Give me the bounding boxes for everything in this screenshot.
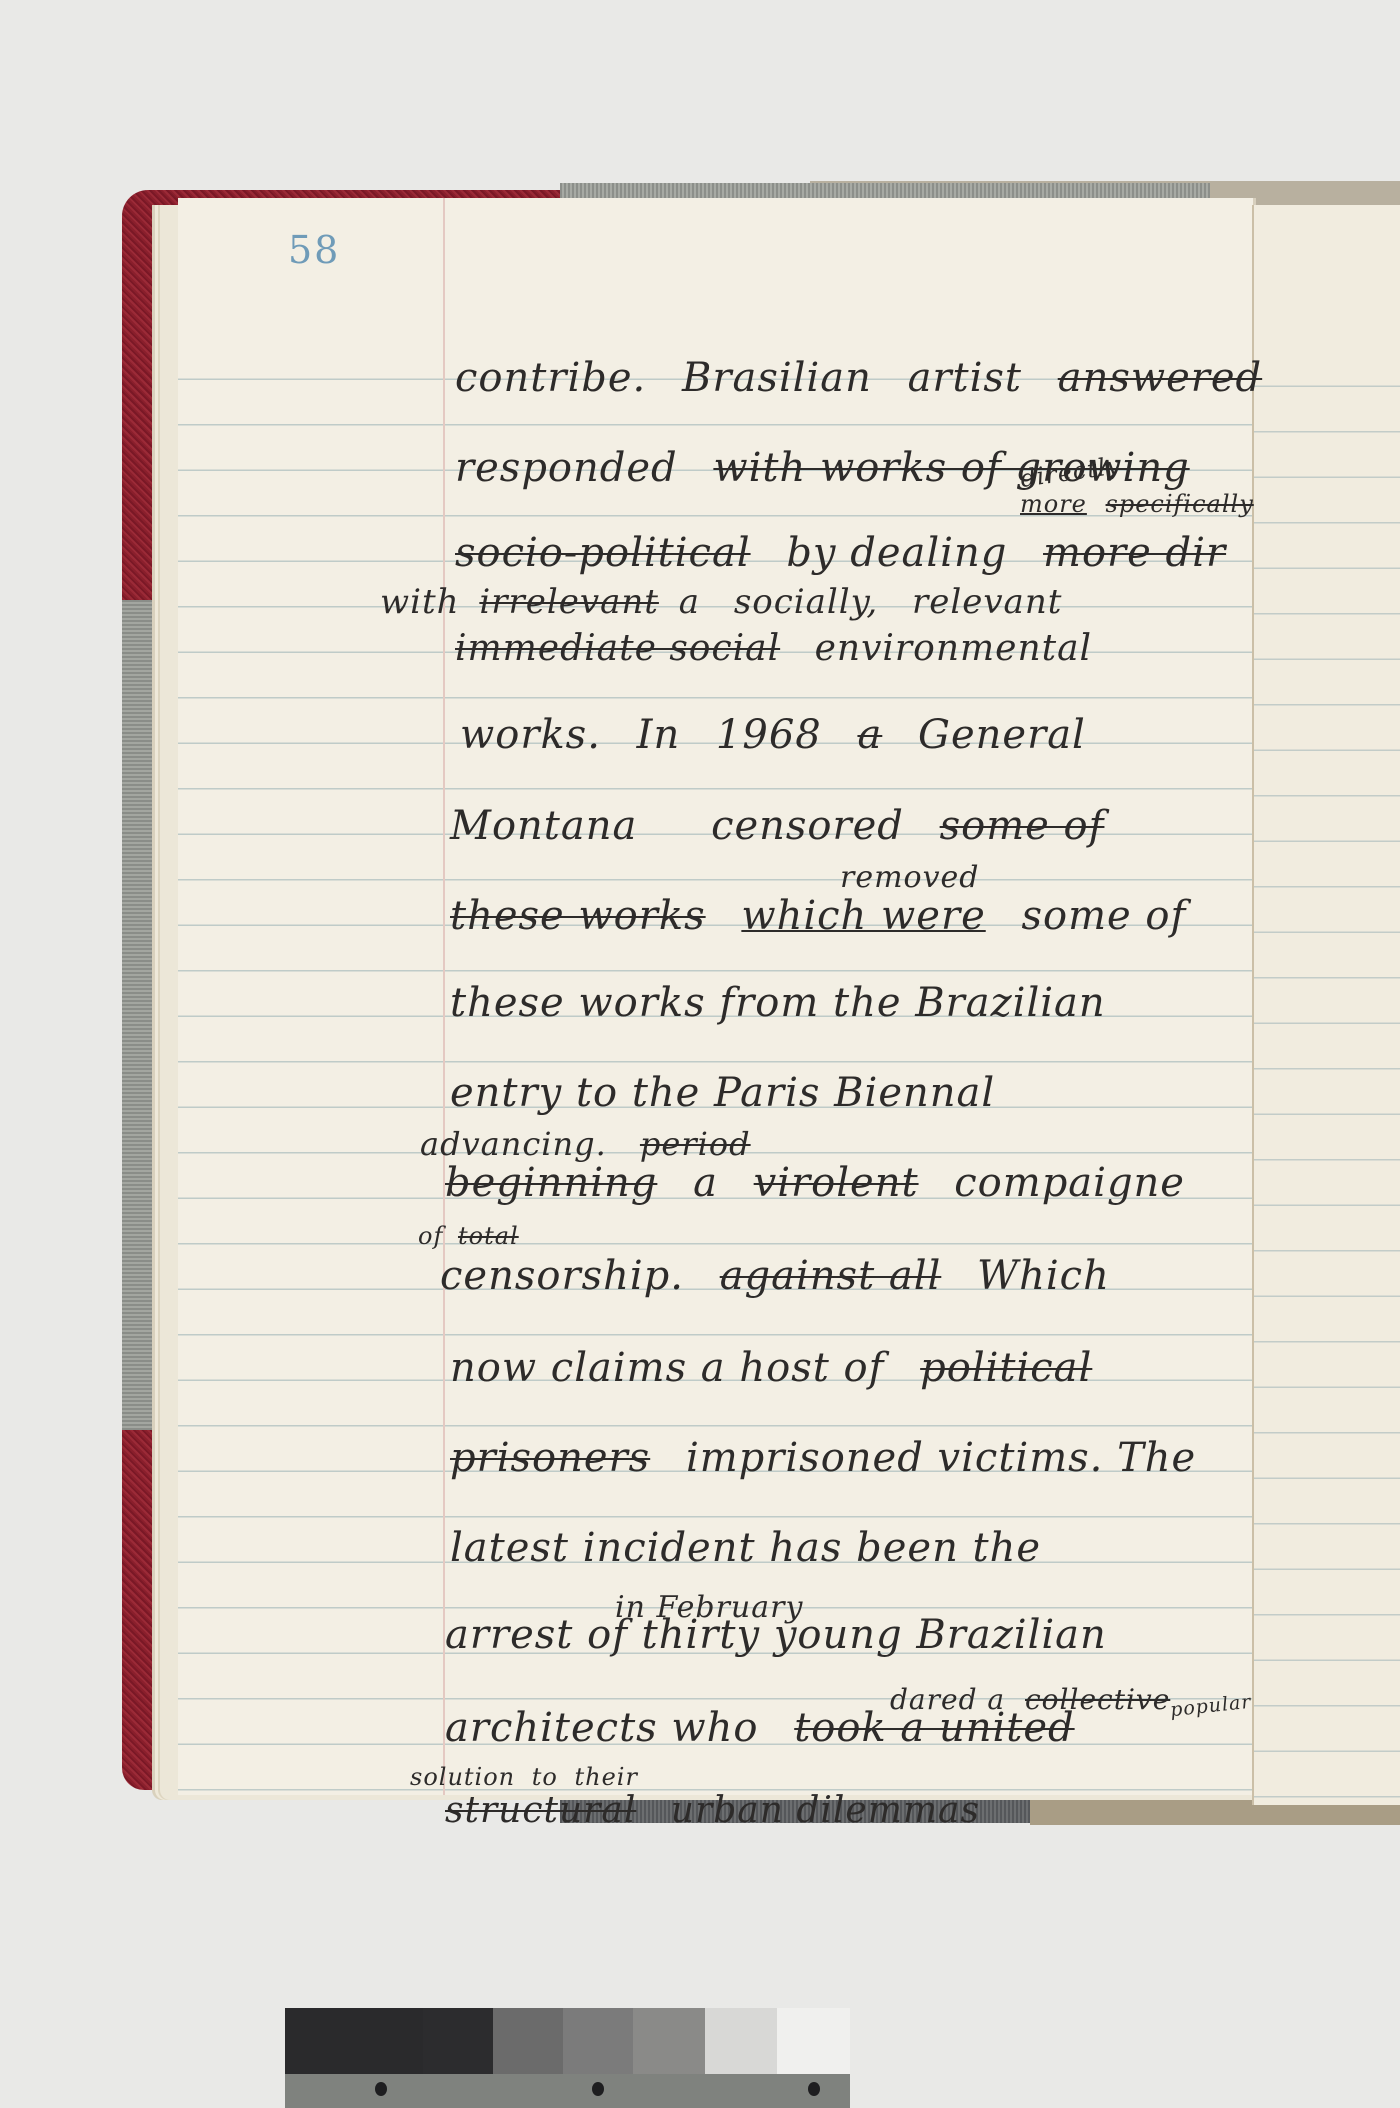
struck-text-segment: political xyxy=(920,1345,1092,1391)
struck-text-segment: against all xyxy=(720,1253,942,1299)
handwritten-line: arrest of thirty young Brazilian xyxy=(445,1612,1107,1658)
handwritten-line: entry to the Paris Biennal xyxy=(450,1070,995,1116)
text-segment: Montana xyxy=(450,803,637,849)
text-segment: removed xyxy=(840,860,980,895)
text-segment: arrest of thirty young Brazilian xyxy=(445,1612,1107,1658)
text-segment: 1968 xyxy=(716,712,822,758)
calibration-patch xyxy=(777,2008,850,2074)
text-segment: a xyxy=(693,1160,718,1206)
handwritten-line: Montana censored some of xyxy=(450,803,1104,849)
text-segment: architects who xyxy=(445,1705,758,1751)
struck-text-segment: some of xyxy=(940,803,1105,849)
text-segment: Brasilian xyxy=(682,355,872,401)
text-segment: of xyxy=(418,1222,443,1250)
struck-text-segment: took a united xyxy=(794,1705,1074,1751)
calibration-patch xyxy=(563,2008,633,2074)
handwritten-line: immediate social environmental xyxy=(455,628,1092,669)
text-segment: censored xyxy=(711,803,904,849)
text-segment: latest incident has been the xyxy=(450,1525,1041,1571)
handwritten-insertion: removed xyxy=(840,860,980,895)
text-segment: imprisoned victims. The xyxy=(686,1435,1196,1481)
text-segment: these works from the Brazilian xyxy=(450,980,1106,1026)
struck-text-segment: total xyxy=(458,1222,519,1250)
page-number: 58 xyxy=(288,228,340,272)
struck-text-segment: irrelevant xyxy=(479,582,659,622)
struck-text-segment: virolent xyxy=(754,1160,919,1206)
text-segment: solution xyxy=(410,1763,515,1791)
handwritten-line: contribe. Brasilian artist answered xyxy=(455,355,1262,401)
text-segment: with xyxy=(380,582,460,622)
handwritten-insertion: advancing. period xyxy=(420,1125,751,1163)
text-segment: entry to the Paris Biennal xyxy=(450,1070,995,1116)
handwritten-line: these works from the Brazilian xyxy=(450,980,1106,1026)
calibration-marker-dot xyxy=(808,2082,820,2096)
handwritten-insertion: solution to their xyxy=(410,1763,638,1791)
notebook-cover-top-cloth xyxy=(560,183,1210,199)
struck-text-segment: beginning xyxy=(445,1160,657,1206)
text-segment: by dealing xyxy=(786,530,1007,576)
struck-text-segment: a xyxy=(857,712,882,758)
text-segment: relevant xyxy=(912,582,1062,622)
text-segment: some of xyxy=(1021,893,1186,939)
text-segment: Which xyxy=(977,1253,1110,1299)
calibration-patch xyxy=(705,2008,777,2074)
handwritten-line: censorship. against all Which xyxy=(440,1253,1110,1299)
handwritten-line: now claims a host of political xyxy=(450,1345,1092,1391)
calibration-patch xyxy=(423,2008,493,2074)
calibration-marker-dot xyxy=(592,2082,604,2096)
struck-text-segment: more dir xyxy=(1043,530,1226,576)
calibration-grey-band xyxy=(285,2074,850,2108)
struck-text-segment: answered xyxy=(1058,355,1262,401)
underlined-text-segment: more xyxy=(1020,490,1087,518)
text-segment: General xyxy=(918,712,1086,758)
handwritten-insertion: of total xyxy=(418,1222,519,1250)
text-segment: advancing. xyxy=(420,1125,607,1163)
margin-rule-line xyxy=(443,198,445,1795)
text-segment: censorship. xyxy=(440,1253,684,1299)
text-segment: socially, xyxy=(734,582,878,622)
text-segment: now claims a host of xyxy=(450,1345,884,1391)
text-segment: artist xyxy=(908,355,1022,401)
struck-text-segment: these works xyxy=(450,893,706,939)
handwritten-line: socio-political by dealing more dir xyxy=(455,530,1226,576)
struck-text-segment: period xyxy=(640,1125,751,1163)
handwritten-line: latest incident has been the xyxy=(450,1525,1041,1571)
text-segment: urban dilemmas xyxy=(671,1790,980,1831)
struck-text-segment: socio-political xyxy=(455,530,751,576)
handwritten-insertion: more specifically xyxy=(1020,490,1254,518)
handwritten-line: these works which were some of xyxy=(450,893,1186,939)
text-segment: works. xyxy=(460,712,601,758)
text-segment: contribe. xyxy=(455,355,646,401)
struck-text-segment: structural xyxy=(445,1790,636,1831)
calibration-patch xyxy=(493,2008,563,2074)
calibration-marker-dot xyxy=(375,2082,387,2096)
handwritten-line: works. In 1968 a General xyxy=(460,712,1086,758)
notebook-page-right-edge xyxy=(1252,205,1400,1805)
handwritten-line: structural urban dilemmas xyxy=(445,1790,980,1831)
struck-text-segment: immediate social xyxy=(455,628,780,669)
calibration-patch xyxy=(285,2008,353,2074)
struck-text-segment: prisoners xyxy=(450,1435,650,1481)
text-segment: compaigne xyxy=(954,1160,1185,1206)
handwritten-line: prisoners imprisoned victims. The xyxy=(450,1435,1196,1481)
handwritten-line: beginning a virolent compaigne xyxy=(445,1160,1185,1206)
text-segment: environmental xyxy=(815,628,1092,669)
text-segment: a xyxy=(679,582,700,622)
handwritten-line: architects who took a united xyxy=(445,1705,1075,1751)
handwritten-line: with irrelevant a socially, relevant xyxy=(380,582,1062,622)
text-segment: to xyxy=(532,1763,558,1791)
underlined-text-segment: which were xyxy=(741,893,985,939)
struck-text-segment: specifically xyxy=(1106,490,1254,518)
color-calibration-strip xyxy=(285,2008,850,2108)
text-segment: responded xyxy=(455,445,678,491)
calibration-patch xyxy=(633,2008,705,2074)
text-segment: In xyxy=(637,712,681,758)
calibration-patch xyxy=(353,2008,423,2074)
text-segment: their xyxy=(575,1763,638,1791)
